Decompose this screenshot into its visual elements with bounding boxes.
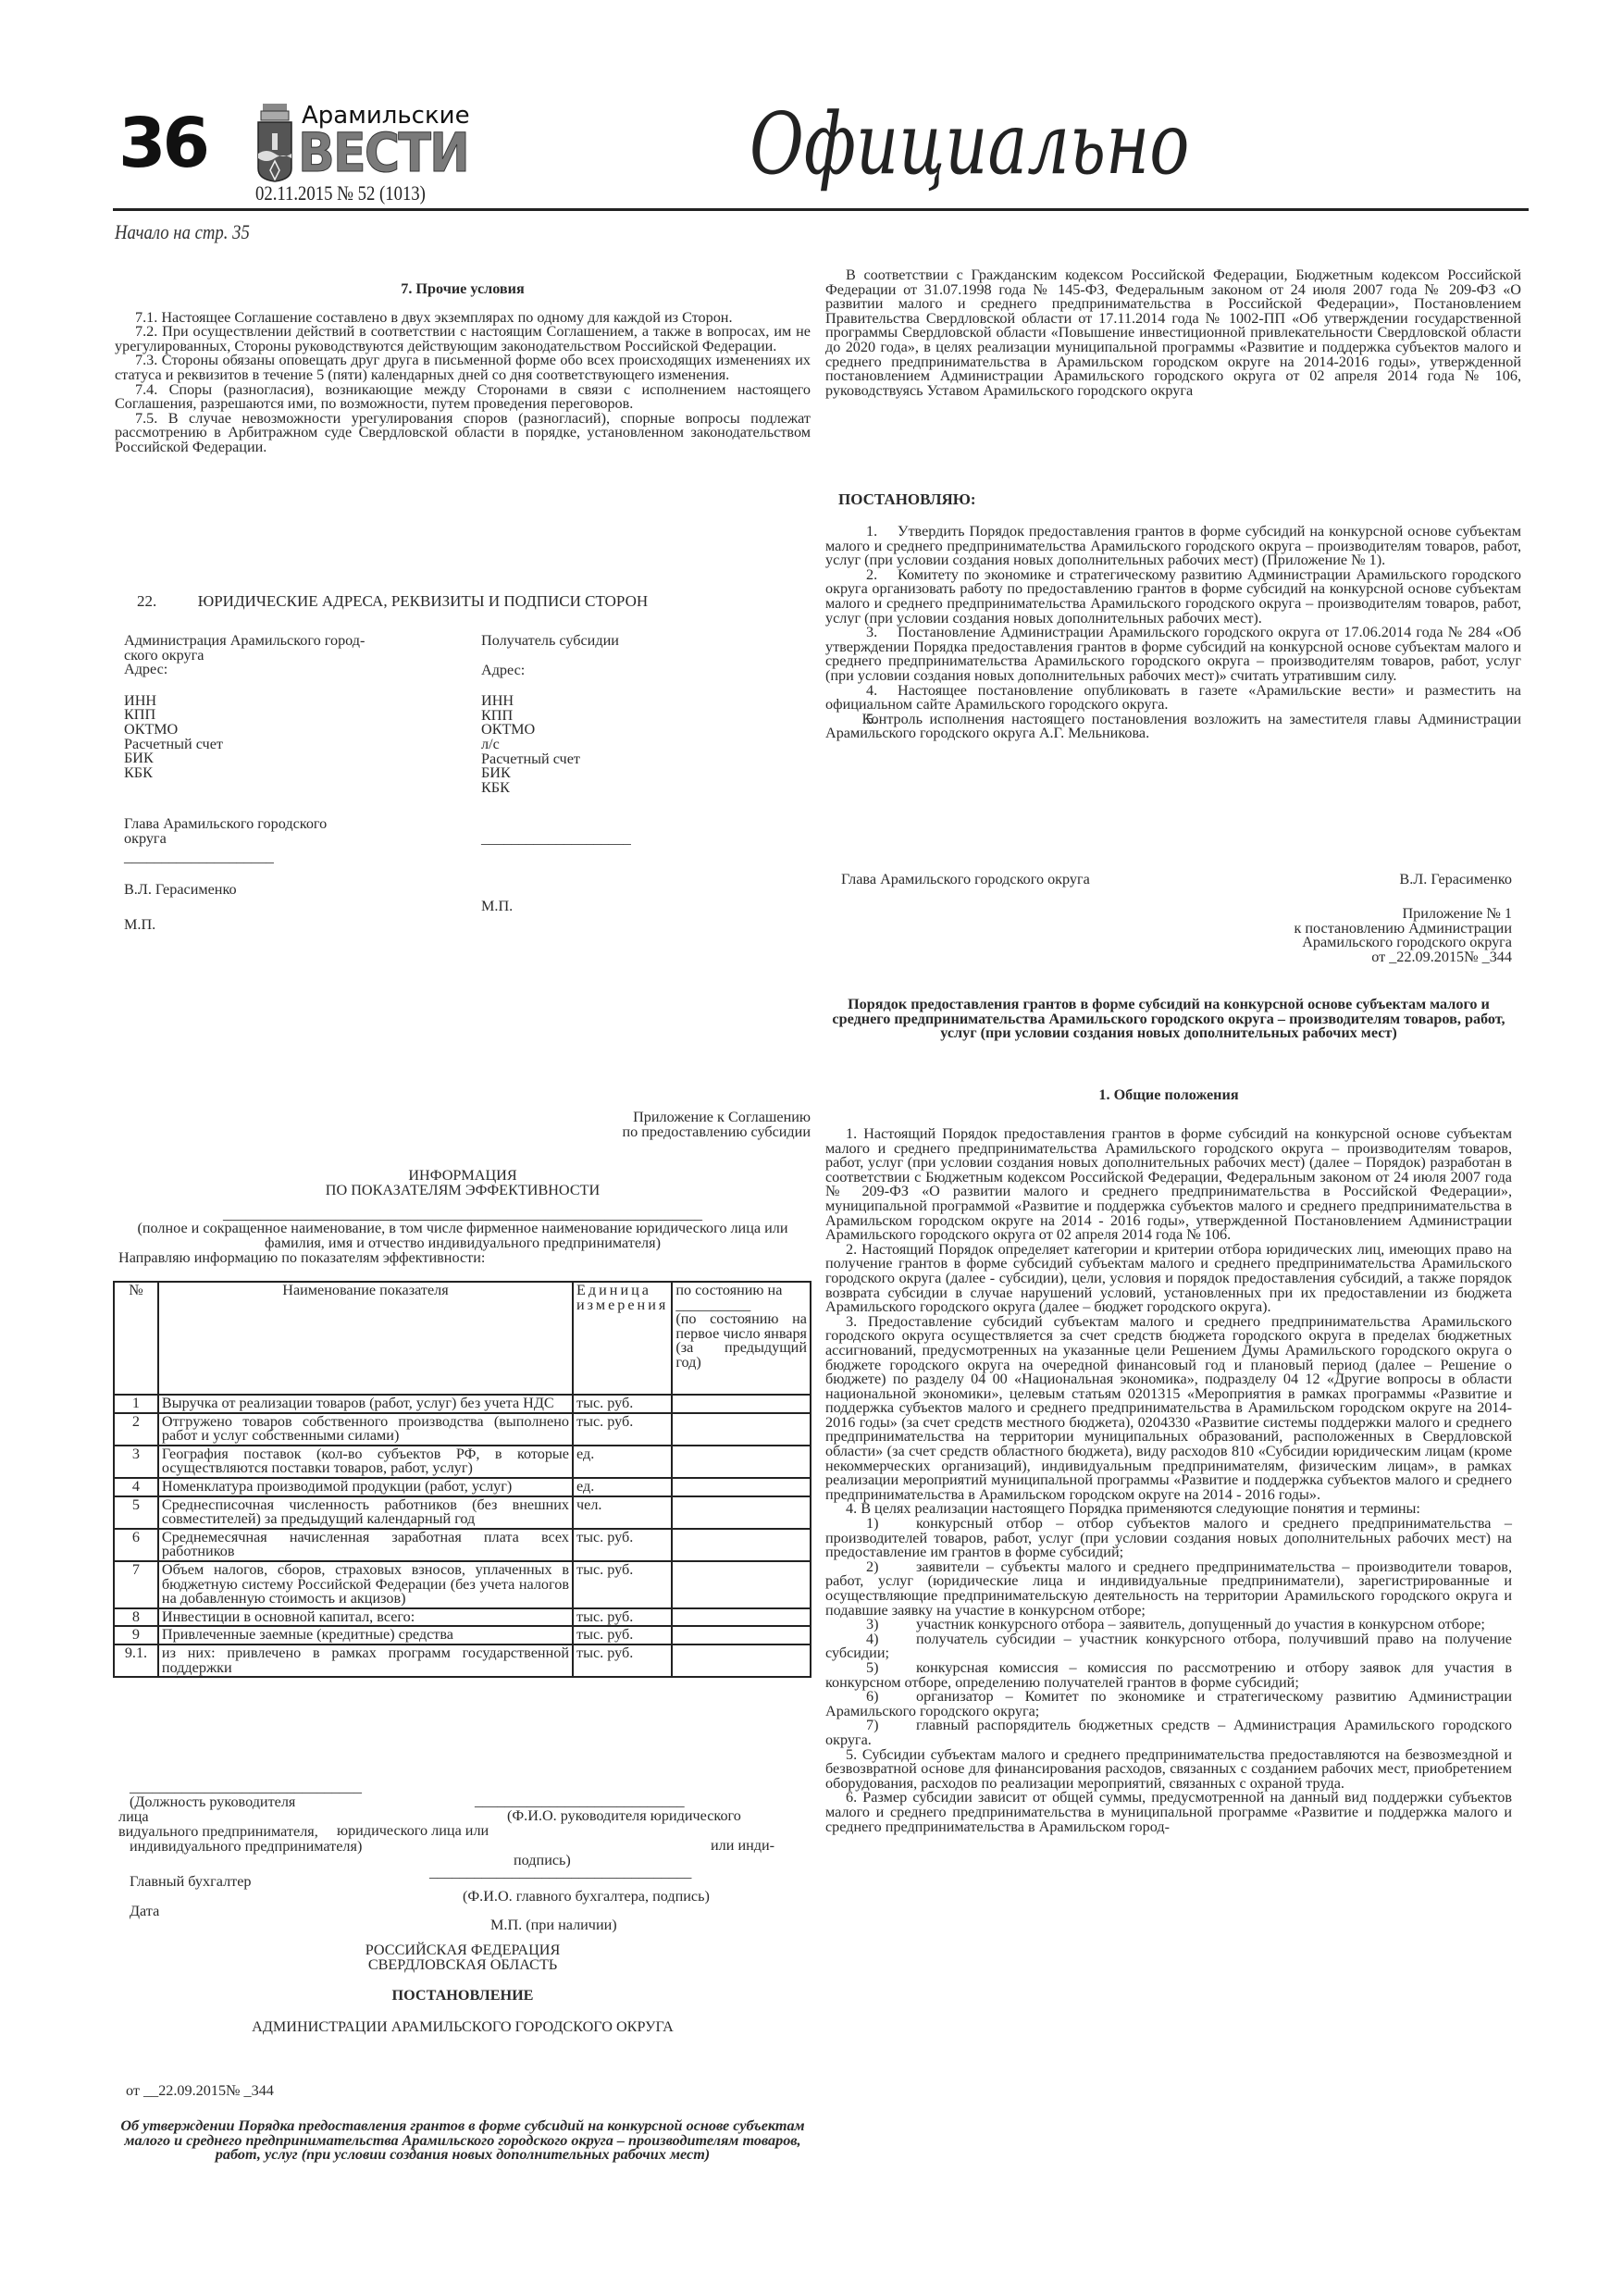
header-rule: [113, 208, 1529, 211]
term-definition: 4)получатель субсидии – участник конкурс…: [825, 1632, 1512, 1661]
section-7: 7. Прочие условия 7.1. Настоящее Соглаше…: [115, 282, 811, 455]
term-definition-text: организатор – Комитет по экономике и стр…: [825, 1688, 1512, 1719]
term-definition-number: 3): [846, 1618, 916, 1632]
row-unit: ед.: [573, 1478, 672, 1496]
row-indicator-name: из них: привлечено в рамках программ гос…: [158, 1644, 573, 1677]
region: СВЕРДЛОВСКАЯ ОБЛАСТЬ: [115, 1958, 811, 1973]
coat-of-arms-icon: [255, 102, 294, 187]
row-indicator-name: География поставок (кол-во субъектов РФ,…: [158, 1446, 573, 1478]
col-header-unit: Единица измерения: [573, 1282, 672, 1395]
section-22-title: ЮРИДИЧЕСКИЕ АДРЕСА, РЕКВИЗИТЫ И ПОДПИСИ …: [198, 592, 648, 610]
row-number: 2: [114, 1413, 158, 1446]
party-left-field: ИНН: [124, 694, 365, 709]
general-clause: 2. Настоящий Порядок определяет категори…: [825, 1243, 1512, 1315]
col-header-name: Наименование показателя: [158, 1282, 573, 1395]
resolve-heading: ПОСТАНОВЛЯЮ:: [838, 492, 1534, 507]
row-indicator-name: Инвестиции в основной капитал, всего:: [158, 1608, 573, 1627]
term-definition: 2)заявители – субъекты малого и среднего…: [825, 1560, 1512, 1618]
table-header-row: № Наименование показателя Единица измере…: [114, 1282, 811, 1395]
row-value[interactable]: [672, 1626, 811, 1644]
table-row: 4Номенклатура производимой продукции (ра…: [114, 1478, 811, 1496]
resolve-item: 2.Комитету по экономике и стратегическом…: [825, 568, 1521, 626]
appendix-1: Приложение № 1 к постановлению Администр…: [825, 907, 1512, 964]
info-title: ИНФОРМАЦИЯ ПО ПОКАЗАТЕЛЯМ ЭФФЕКТИВНОСТИ: [115, 1169, 811, 1198]
resolve-item: 4.Настоящее постановление опубликовать в…: [825, 684, 1521, 713]
row-indicator-name: Среднемесячная начисленная заработная пл…: [158, 1529, 573, 1561]
term-definition-text: получатель субсидии – участник конкурсно…: [825, 1631, 1512, 1662]
order-title: Порядок предоставления грантов в форме с…: [825, 998, 1512, 1041]
decree-subject: Об утверждении Порядка предоставления гр…: [115, 2119, 811, 2163]
row-value[interactable]: [672, 1608, 811, 1627]
resolve-items: 1.Утвердить Порядок предоставления грант…: [825, 525, 1521, 741]
party-left-stamp: М.П.: [124, 918, 365, 933]
indicators-table: № Наименование показателя Единица измере…: [113, 1281, 811, 1678]
resolve-item-text: Постановление Администрации Арамильского…: [825, 624, 1521, 684]
row-unit: тыс. руб.: [573, 1561, 672, 1608]
party-right-field: КБК: [481, 781, 631, 796]
preamble-text: В соответствии с Гражданским кодексом Ро…: [825, 268, 1521, 398]
row-unit: тыс. руб.: [573, 1608, 672, 1627]
report-signatures: _______________________________ ________…: [118, 1766, 812, 1905]
table-row: 8Инвестиции в основной капитал, всего:ты…: [114, 1608, 811, 1627]
table-row: 5Среднесписочная численность работников …: [114, 1496, 811, 1529]
section-7-title: 7. Прочие условия: [115, 282, 811, 297]
party-right-name: Получатель субсидии: [481, 634, 631, 649]
general-clause: 3. Предоставление субсидий субъектам мал…: [825, 1315, 1512, 1503]
info-blank-line: ________________________________________…: [115, 1209, 811, 1220]
row-indicator-name: Отгружено товаров собственного производс…: [158, 1413, 573, 1446]
head-name: В.Л. Герасименко: [1399, 873, 1512, 887]
party-administration: Администрация Арамильского город- ского …: [124, 634, 365, 932]
row-value[interactable]: [672, 1446, 811, 1478]
decree-header: РОССИЙСКАЯ ФЕДЕРАЦИЯ СВЕРДЛОВСКАЯ ОБЛАСТ…: [115, 1943, 811, 2034]
party-right-address: Адрес:: [481, 664, 631, 678]
row-number: 5: [114, 1496, 158, 1529]
row-indicator-name: Привлеченные заемные (кредитные) средств…: [158, 1626, 573, 1644]
party-left-field: БИК: [124, 751, 365, 766]
resolve-item: 3.Постановление Администрации Арамильско…: [825, 626, 1521, 683]
row-unit: тыс. руб.: [573, 1413, 672, 1446]
value-header-note: (по состоянию на первое число января (за…: [675, 1312, 807, 1370]
section-22-number: 22.: [137, 592, 156, 610]
row-indicator-name: Среднесписочная численность работников (…: [158, 1496, 573, 1529]
sign-text: или инди-: [711, 1839, 774, 1854]
row-indicator-name: Объем налогов, сборов, страховых взносов…: [158, 1561, 573, 1608]
clause-7-4: 7.4. Споры (разногласия), возникающие ме…: [115, 383, 811, 412]
brand-title-main: ВЕСТИ: [298, 126, 468, 180]
term-definition: 1)конкурсный отбор – отбор субъектов мал…: [825, 1517, 1512, 1560]
term-definition-text: конкурсный отбор – отбор субъектов малог…: [825, 1515, 1512, 1560]
row-unit: ед.: [573, 1446, 672, 1478]
row-unit: тыс. руб.: [573, 1395, 672, 1413]
table-row: 9Привлеченные заемные (кредитные) средст…: [114, 1626, 811, 1644]
resolve-item: 1.Утвердить Порядок предоставления грант…: [825, 525, 1521, 568]
row-number: 9.1.: [114, 1644, 158, 1677]
term-definition-text: конкурсная комиссия – комиссия по рассмо…: [825, 1659, 1512, 1691]
info-title-line2: ПО ПОКАЗАТЕЛЯМ ЭФФЕКТИВНОСТИ: [115, 1184, 811, 1198]
term-definition: 7)главный распорядитель бюджетных средст…: [825, 1719, 1512, 1747]
party-left-signer: В.Л. Герасименко: [124, 883, 365, 898]
term-definition: 6)организатор – Комитет по экономике и с…: [825, 1690, 1512, 1719]
party-right-stamp: М.П.: [481, 900, 631, 914]
resolve-item-text: Комитету по экономике и стратегическому …: [825, 566, 1521, 627]
general-clause: 6. Размер субсидии зависит от общей сумм…: [825, 1791, 1512, 1834]
row-unit: тыс. руб.: [573, 1626, 672, 1644]
appendix-line: по предоставлению субсидии: [115, 1125, 811, 1140]
table-row: 3География поставок (кол-во субъектов РФ…: [114, 1446, 811, 1478]
party-right-signature-line: ____________________: [481, 832, 631, 847]
date-label: Дата: [130, 1905, 159, 1919]
appendix-note: Приложение к Соглашению по предоставлени…: [115, 1111, 811, 1139]
info-note: (полное и сокращенное наименование, в то…: [115, 1222, 811, 1250]
general-provisions: 1. Настоящий Порядок предоставления гран…: [825, 1127, 1512, 1834]
appendix-line: от _22.09.2015№ _344: [825, 950, 1512, 965]
row-value[interactable]: [672, 1561, 811, 1608]
issue-info: 02.11.2015 № 52 (1013): [255, 181, 426, 205]
decree-title: ПОСТАНОВЛЕНИЕ: [115, 1989, 811, 2004]
row-number: 1: [114, 1395, 158, 1413]
row-number: 8: [114, 1608, 158, 1627]
party-left-address: Адрес:: [124, 663, 365, 677]
clause-7-3: 7.3. Стороны обязаны оповещать друг друг…: [115, 354, 811, 382]
row-number: 4: [114, 1478, 158, 1496]
sign-text: индивидуального предпринимателя): [130, 1840, 362, 1855]
party-left-signature-line: ____________________: [124, 850, 365, 865]
row-unit: тыс. руб.: [573, 1644, 672, 1677]
resolve-item-text: Контроль исполнения настоящего постановл…: [825, 711, 1521, 742]
row-value[interactable]: [672, 1395, 811, 1413]
resolve-item: 5. Контроль исполнения настоящего постан…: [825, 713, 1521, 741]
row-indicator-name: Выручка от реализации товаров (работ, ус…: [158, 1395, 573, 1413]
head-signature: Глава Арамильского городского округа В.Л…: [825, 873, 1521, 887]
row-value[interactable]: [672, 1413, 811, 1446]
general-clause: 1. Настоящий Порядок предоставления гран…: [825, 1127, 1512, 1243]
row-unit: чел.: [573, 1496, 672, 1529]
term-definition-text: заявители – субъекты малого и среднего п…: [825, 1558, 1512, 1619]
party-recipient: Получатель субсидии Адрес: ИНН КПП ОКТМО…: [481, 634, 631, 914]
decree-date-number: от __22.09.2015№ _344: [126, 2084, 822, 2099]
term-definition: 5)конкурсная комиссия – комиссия по расс…: [825, 1661, 1512, 1690]
general-provisions-title: 1. Общие положения: [825, 1088, 1512, 1103]
party-left-field: Расчетный счет: [124, 738, 365, 752]
row-indicator-name: Номенклатура производимой продукции (раб…: [158, 1478, 573, 1496]
term-definition-text: главный распорядитель бюджетных средств …: [825, 1717, 1512, 1748]
clause-7-5: 7.5. В случае невозможности урегулирован…: [115, 412, 811, 455]
head-title: Глава Арамильского городского округа: [841, 873, 1090, 887]
party-left-head-cont: округа: [124, 832, 365, 847]
col-header-num: №: [114, 1282, 158, 1395]
section-title: Официально: [750, 102, 1190, 187]
row-value[interactable]: [672, 1496, 811, 1529]
table-row: 2Отгружено товаров собственного производ…: [114, 1413, 811, 1446]
table-row: 1Выручка от реализации товаров (работ, у…: [114, 1395, 811, 1413]
clause-7-2: 7.2. При осуществлении действий в соотве…: [115, 325, 811, 354]
general-clause: 5. Субсидии субъектам малого и среднего …: [825, 1748, 1512, 1792]
row-number: 7: [114, 1561, 158, 1608]
table-row: 7Объем налогов, сборов, страховых взносо…: [114, 1561, 811, 1608]
row-number: 3: [114, 1446, 158, 1478]
stamp-label: М.П. (при наличии): [490, 1918, 617, 1933]
row-value[interactable]: [672, 1478, 811, 1496]
row-value[interactable]: [672, 1644, 811, 1677]
administration-name: АДМИНИСТРАЦИИ АРАМИЛЬСКОГО ГОРОДСКОГО ОК…: [115, 2020, 811, 2035]
resolve-item-text: Утвердить Порядок предоставления грантов…: [825, 523, 1521, 568]
info-intro: Направляю информацию по показателям эффе…: [118, 1251, 814, 1266]
page-number: 36: [118, 109, 206, 178]
col-header-value: по состоянию на __________ (по состоянию…: [672, 1282, 811, 1395]
table-row: 9.1.из них: привлечено в рамках программ…: [114, 1644, 811, 1677]
section-22-heading: 22. ЮРИДИЧЕСКИЕ АДРЕСА, РЕКВИЗИТЫ И ПОДП…: [137, 592, 648, 611]
continued-from: Начало на стр. 35: [115, 220, 250, 244]
row-number: 9: [114, 1626, 158, 1644]
party-left-field: КБК: [124, 766, 365, 781]
row-unit: тыс. руб.: [573, 1529, 672, 1561]
party-right-field: ОКТМО: [481, 723, 631, 738]
table-row: 6Среднемесячная начисленная заработная п…: [114, 1529, 811, 1561]
row-number: 6: [114, 1529, 158, 1561]
resolve-item-text: Настоящее постановление опубликовать в г…: [825, 682, 1521, 714]
row-value[interactable]: [672, 1529, 811, 1561]
preamble: В соответствии с Гражданским кодексом Ро…: [825, 268, 1521, 398]
